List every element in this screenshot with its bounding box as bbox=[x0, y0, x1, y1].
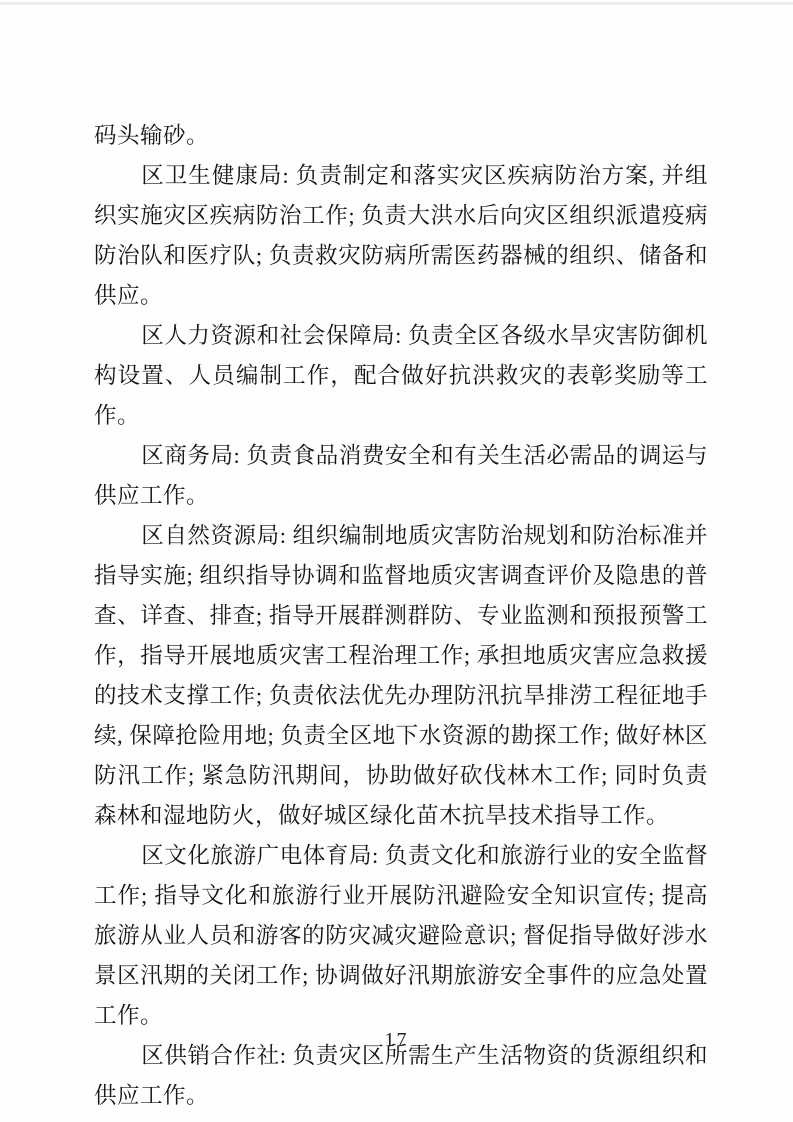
paragraph-natural-resources-bureau: 区自然资源局: 组织编制地质灾害防治规划和防治标准并指导实施; 组织指导协调和监… bbox=[94, 516, 708, 836]
document-page: 码头输砂。 区卫生健康局: 负责制定和落实灾区疾病防治方案, 并组织实施灾区疾病… bbox=[0, 0, 793, 1122]
paragraph-health-bureau: 区卫生健康局: 负责制定和落实灾区疾病防治方案, 并组织实施灾区疾病防治工作; … bbox=[94, 156, 708, 316]
paragraph-culture-tourism-bureau: 区文化旅游广电体育局: 负责文化和旅游行业的安全监督工作; 指导文化和旅游行业开… bbox=[94, 836, 708, 1036]
document-body: 码头输砂。 区卫生健康局: 负责制定和落实灾区疾病防治方案, 并组织实施灾区疾病… bbox=[0, 0, 793, 1116]
paragraph-continuation: 码头输砂。 bbox=[94, 116, 708, 156]
paragraph-hr-social-security-bureau: 区人力资源和社会保障局: 负责全区各级水旱灾害防御机构设置、人员编制工作，配合做… bbox=[94, 316, 708, 436]
paragraph-commerce-bureau: 区商务局: 负责食品消费安全和有关生活必需品的调运与供应工作。 bbox=[94, 436, 708, 516]
page-number: 17 bbox=[0, 1028, 793, 1052]
